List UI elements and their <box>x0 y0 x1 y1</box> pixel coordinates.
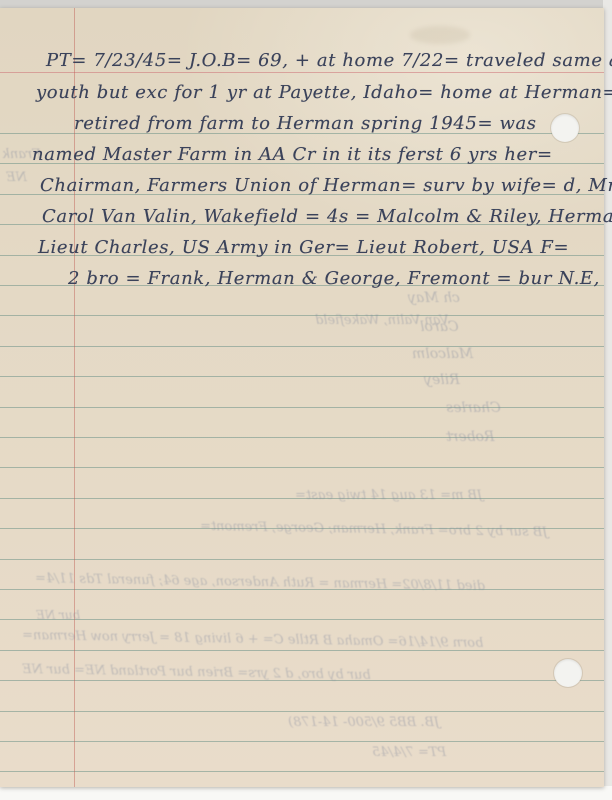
bleedthrough-text: Riley <box>424 372 460 388</box>
handwriting-line: Chairman, Farmers Union of Herman= surv … <box>40 173 612 199</box>
scanned-note-page: { "document": { "kind": "handwritten gen… <box>0 0 612 800</box>
background-right-strip <box>603 0 612 800</box>
bleedthrough-text: JB. BB5 9/500- 14-178) <box>288 715 439 730</box>
bleedthrough-text: NE <box>6 170 27 185</box>
bleedthrough-text: JB sur by 2 bro= Frank, Herman; George, … <box>200 519 548 540</box>
paper-stain <box>410 26 470 44</box>
handwriting-line: youth but exc for 1 yr at Payette, Idaho… <box>36 80 612 106</box>
rule-line <box>0 315 604 316</box>
rule-line <box>0 407 604 408</box>
bleedthrough-text: JB m= 13 aug 14 twig east= <box>295 488 482 503</box>
handwriting-line: Carol Van Valin, Wakefield = 4s = Malcol… <box>42 204 612 230</box>
rule-line <box>0 619 604 620</box>
handwriting-line: Lieut Charles, US Army in Ger= Lieut Rob… <box>38 235 569 261</box>
note-paper: ch MayVan Valin, WakefieldCarolMalcolmRi… <box>0 8 604 787</box>
bleedthrough-text: Robert <box>446 429 495 445</box>
bleedthrough-text: born 9/14/16= Omaha B Rtlle C= + 6 livin… <box>22 628 484 651</box>
handwriting-line: named Master Farm in AA Cr in it its fer… <box>32 142 553 168</box>
bleedthrough-text: died 11/8/02= Herman = Ruth Anderson, ag… <box>35 571 485 594</box>
rule-line <box>0 437 604 438</box>
rule-line <box>0 346 604 347</box>
bleedthrough-text: ch May <box>408 290 460 306</box>
bleedthrough-text: bur NE <box>36 608 80 622</box>
bleedthrough-text: Carol <box>420 319 459 335</box>
background-bottom-strip <box>0 786 612 800</box>
rule-line <box>0 467 604 468</box>
bleedthrough-text: Malcolm <box>412 346 473 362</box>
handwriting-line: retired from farm to Herman spring 1945=… <box>74 111 537 137</box>
rule-line <box>0 741 604 742</box>
rule-line <box>0 711 604 712</box>
rule-line <box>0 771 604 772</box>
hole-punch-bottom <box>554 659 582 687</box>
bleedthrough-text: Charles <box>446 400 501 416</box>
handwriting-line: 2 bro = Frank, Herman & George, Fremont … <box>68 266 600 292</box>
rule-line <box>0 650 604 651</box>
bleedthrough-text: PT= 7/4/45 <box>372 745 446 760</box>
handwriting-line: PT= 7/23/45= J.O.B= 69, + at home 7/22= … <box>46 48 612 74</box>
rule-line <box>0 376 604 377</box>
hole-punch-top <box>551 114 579 142</box>
rule-line <box>0 559 604 560</box>
